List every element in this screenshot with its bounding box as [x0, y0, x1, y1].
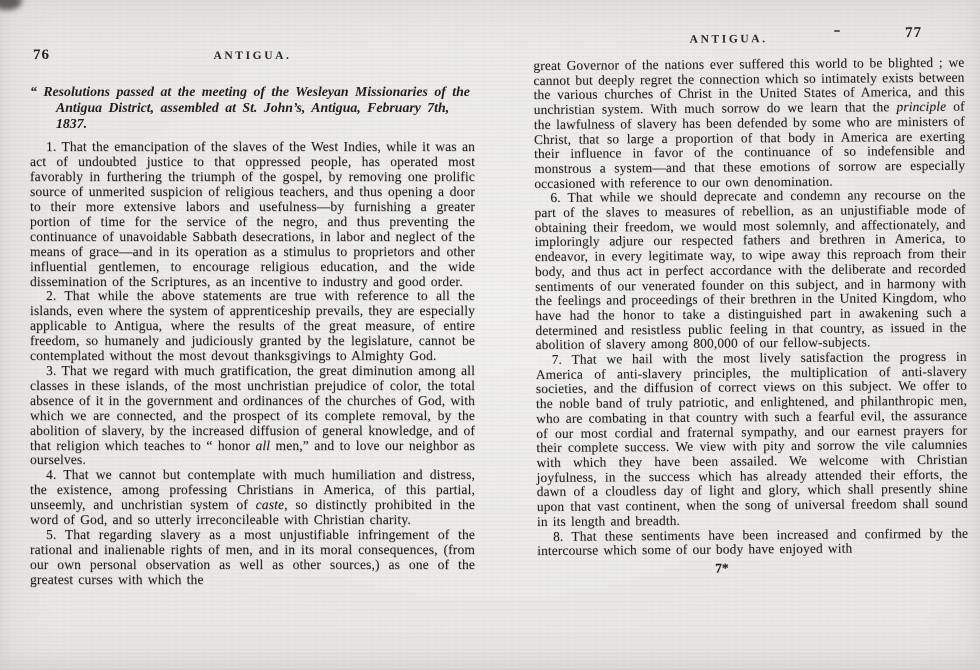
text-run: all: [255, 438, 270, 453]
page-76: 76 ANTIGUA. “ Resolutions passed at the …: [30, 46, 475, 588]
text-run: principle: [896, 99, 946, 114]
page-77-body: great Governor of the nations ever suffe…: [533, 56, 968, 559]
running-header-right: ANTIGUA.: [533, 32, 924, 47]
text-run: 6. That while we should deprecate and co…: [534, 187, 966, 352]
page-77: ANTIGUA. 77 great Governor of the nation…: [533, 17, 968, 578]
resolution-4: 4. That we cannot but contemplate with m…: [30, 468, 475, 528]
scan-smudge-top-left: [0, 0, 22, 10]
page-76-body: 1. That the emancipation of the slaves o…: [30, 140, 475, 587]
resolution-2: 2. That while the above statements are t…: [30, 289, 475, 364]
page-number-77: 77: [905, 25, 922, 42]
resolutions-heading: “ Resolutions passed at the meeting of t…: [30, 84, 475, 131]
text-run: 2. That while the above statements are t…: [30, 288, 475, 363]
text-run: 1. That the emancipation of the slaves o…: [30, 139, 475, 288]
resolution-5: 5. That regarding slavery as a most unju…: [30, 528, 475, 588]
text-run: caste: [256, 497, 285, 512]
resolution-8: 8. That these sentiments have been incre…: [537, 526, 968, 559]
resolution-5-continuation: great Governor of the nations ever suffe…: [533, 56, 965, 192]
resolution-6: 6. That while we should deprecate and co…: [534, 188, 966, 353]
book-page-spread-scan: 76 ANTIGUA. “ Resolutions passed at the …: [0, 0, 980, 670]
page-77-header: ANTIGUA. 77: [533, 17, 964, 50]
resolution-3: 3. That we regard with much gratificatio…: [30, 364, 475, 468]
text-run: 5. That regarding slavery as a most unju…: [30, 527, 475, 587]
text-run: 8. That these sentiments have been incre…: [537, 525, 968, 558]
page-76-header: 76 ANTIGUA.: [30, 46, 475, 64]
resolution-1: 1. That the emancipation of the slaves o…: [30, 140, 475, 289]
signature-mark: 7*: [537, 559, 968, 578]
text-run: 7. That we hail with the most lively sat…: [536, 349, 968, 529]
resolution-7: 7. That we hail with the most lively sat…: [536, 350, 968, 530]
running-header-left: ANTIGUA.: [30, 50, 475, 62]
